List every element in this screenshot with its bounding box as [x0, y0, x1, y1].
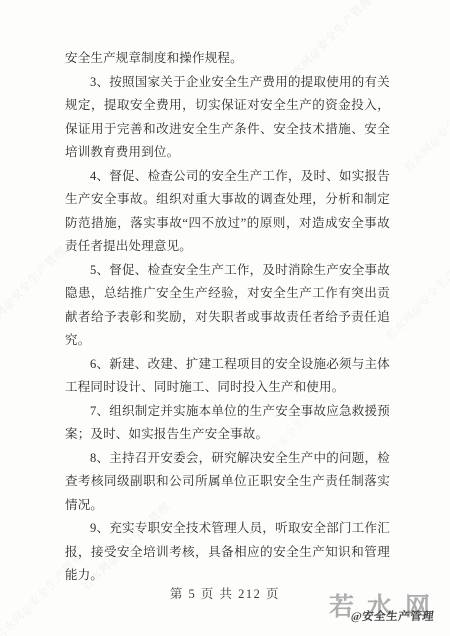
paragraph-item-9: 9、充实专职安全技术管理人员，听取安全部门工作汇报，接受安全培训考核，具备相应的…	[65, 517, 390, 588]
document-body: 安全生产规章制度和操作规程。 3、按照国家关于企业安全生产费用的提取使用的有关规…	[65, 47, 390, 588]
diagonal-watermark: 若水网@安全生产管理	[400, 80, 450, 176]
diagonal-watermark: 若水网@安全生产管理	[0, 242, 69, 338]
paragraph-item-8: 8、主持召开安委会，研究解决安全生产中的问题，检查考核同级副职和公司所属单位正职…	[65, 447, 390, 518]
site-handle-text: @安全生产管理	[350, 608, 435, 624]
paragraph-item-3: 3、按照国家关于企业安全生产费用的提取使用的有关规定，提取安全费用，切实保证对安…	[65, 71, 390, 165]
paragraph-continuation: 安全生产规章制度和操作规程。	[65, 47, 390, 71]
paragraph-item-4: 4、督促、检查公司的安全生产工作，及时、如实报告生产安全事故。组织对重大事故的调…	[65, 165, 390, 259]
site-logo-watermark: 若水网 @安全生产管理	[329, 595, 447, 629]
diagonal-watermark: 若水网@安全生产管理	[382, 248, 450, 344]
paragraph-item-5: 5、督促、检查安全生产工作，及时消除生产安全事故隐患，总结推广安全生产经验，对安…	[65, 259, 390, 353]
document-page: 若水网@安全生产管理 若水网@安全生产管理 若水网@安全生产管理 若水网@安全生…	[0, 0, 450, 636]
paragraph-item-6: 6、新建、改建、扩建工程项目的安全设施必须与主体工程同时设计、同时施工、同时投入…	[65, 353, 390, 400]
page-number-label: 第 5 页 共 212 页	[170, 587, 280, 601]
paragraph-item-7: 7、组织制定并实施本单位的生产安全事故应急救援预案；及时、如实报告生产安全事故。	[65, 400, 390, 447]
